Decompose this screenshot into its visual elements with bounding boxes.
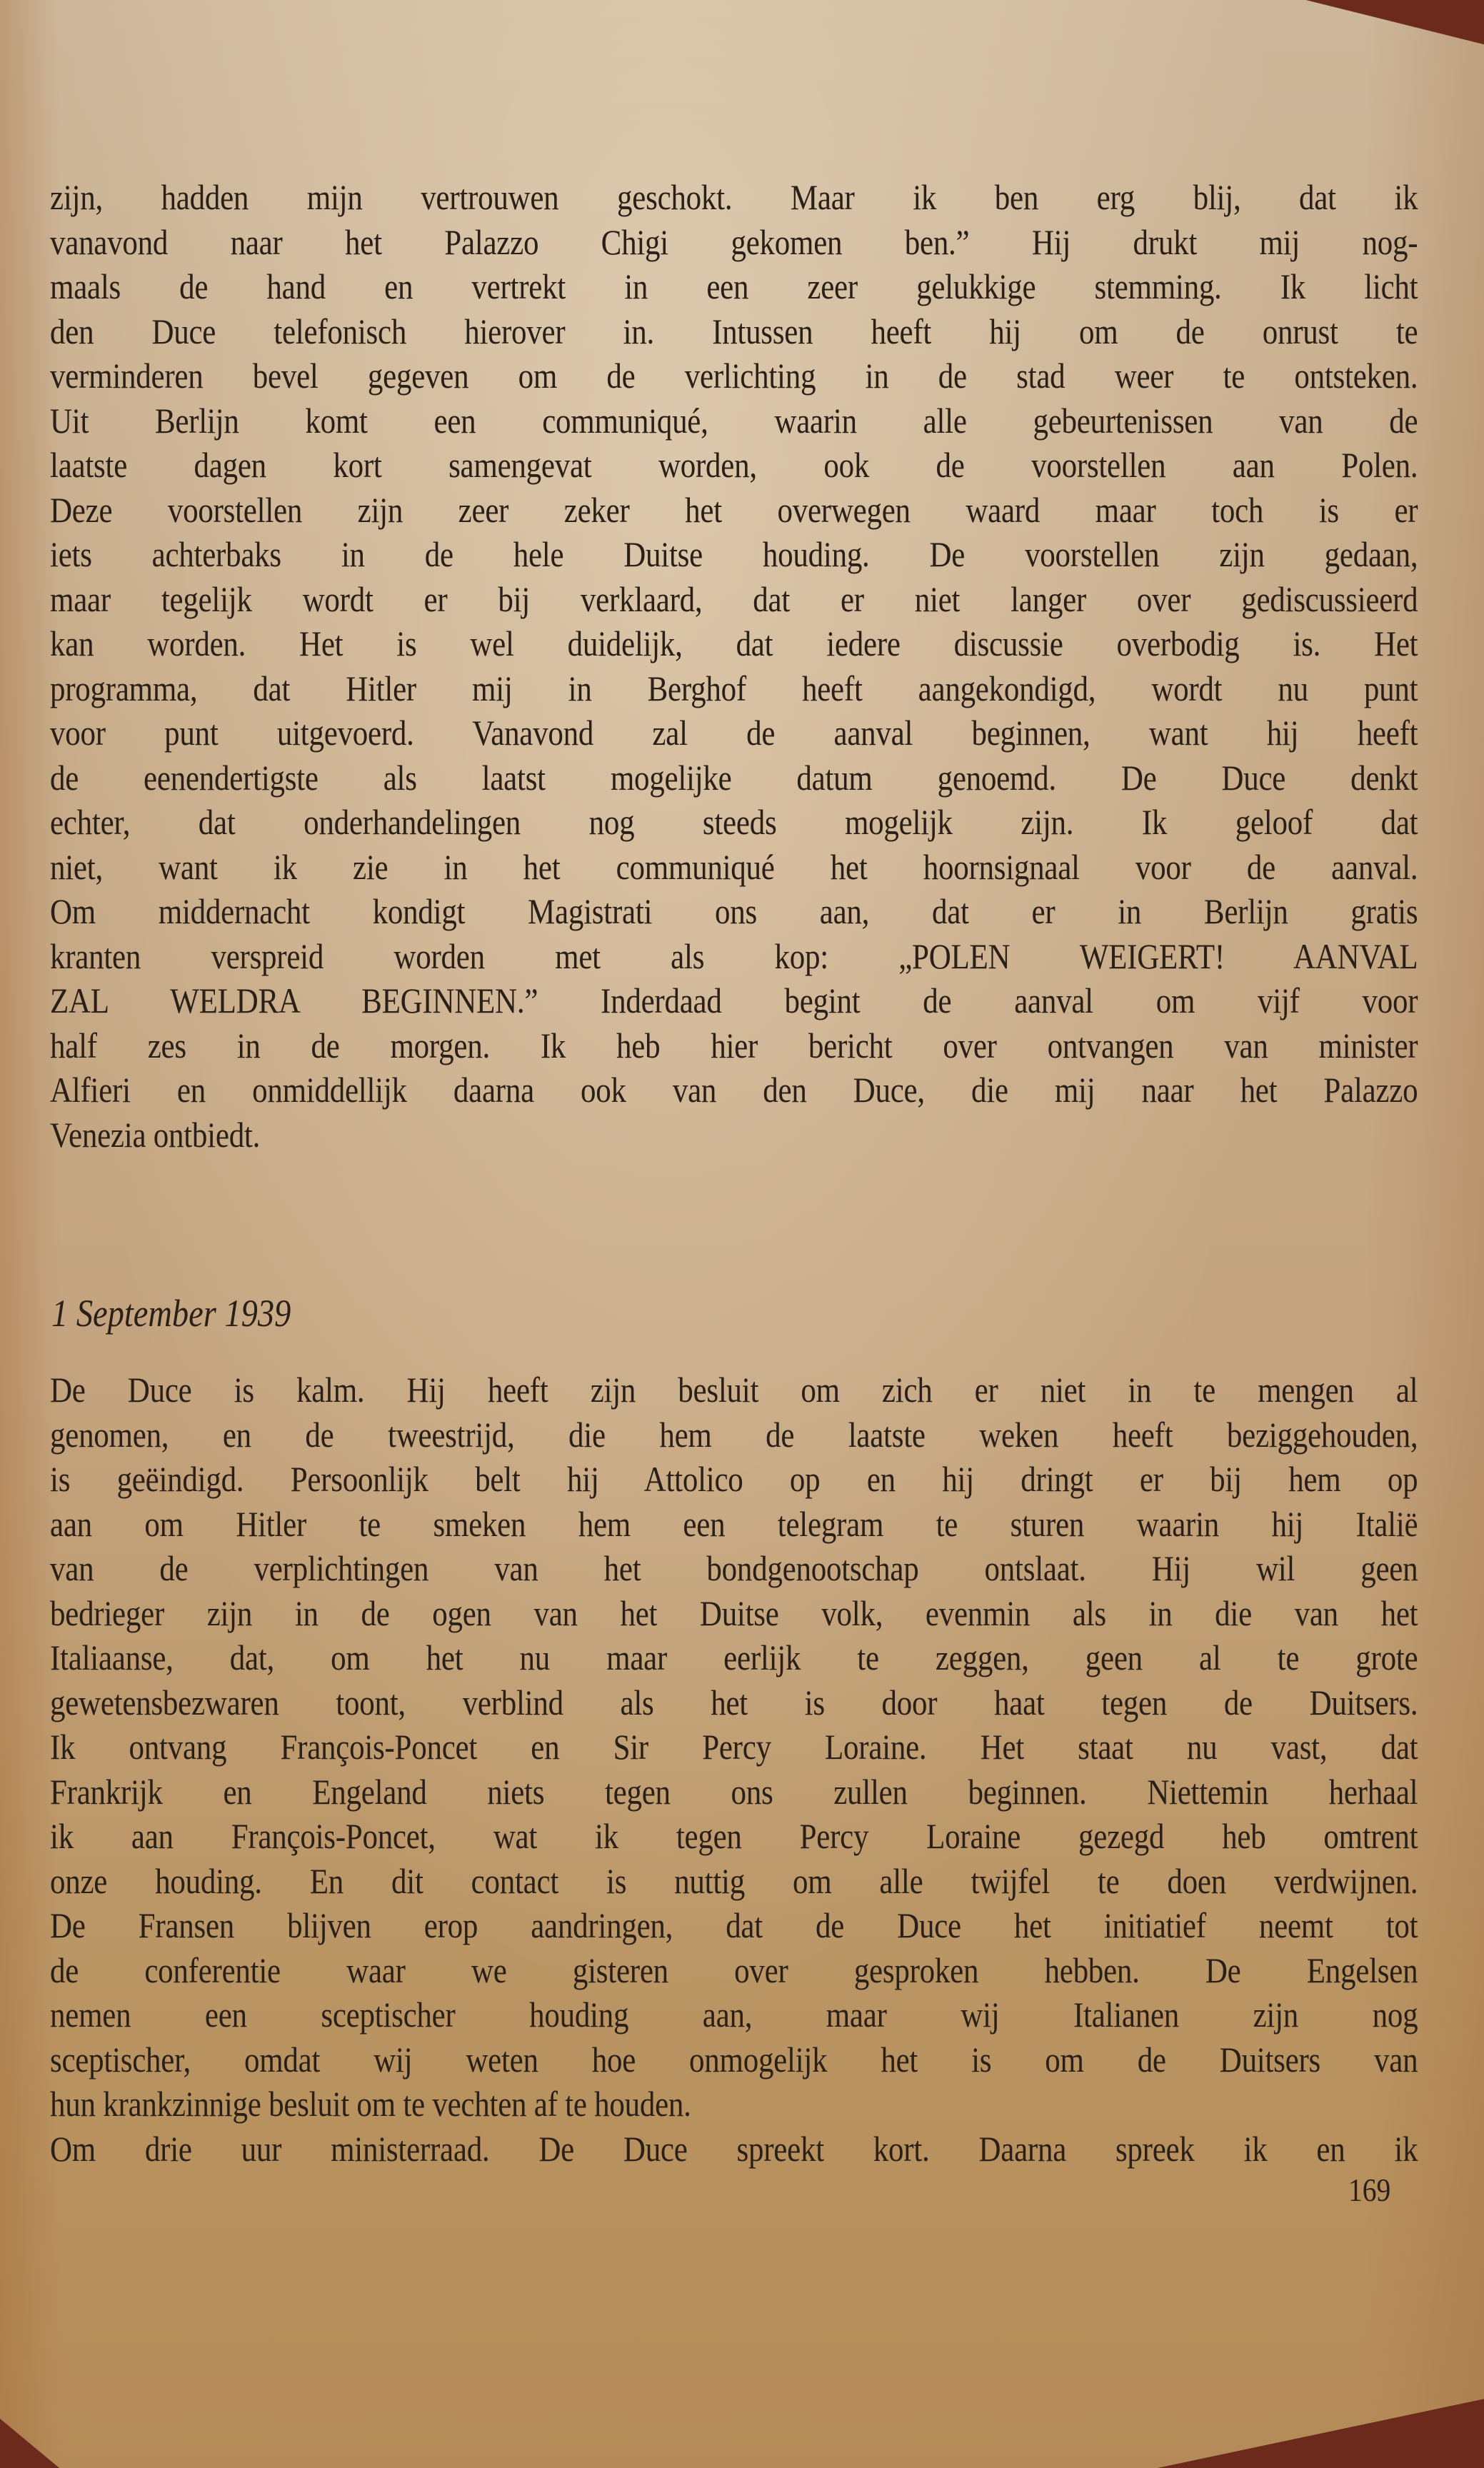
text-line: kranten verspreid worden met als kop: „P… — [50, 934, 1418, 979]
text-line: programma, dat Hitler mij in Berghof hee… — [50, 666, 1418, 711]
text-line: echter, dat onderhandelingen nog steeds … — [50, 800, 1418, 845]
text-line: verminderen bevel gegeven om de verlicht… — [50, 353, 1418, 398]
text-line: onze houding. En dit contact is nuttig o… — [50, 1859, 1418, 1904]
text-line: genomen, en de tweestrijd, die hem de la… — [50, 1413, 1418, 1458]
text-line: zijn, hadden mijn vertrouwen geschokt. M… — [50, 175, 1418, 220]
text-line: Alfieri en onmiddellijk daarna ook van d… — [50, 1068, 1418, 1113]
text-line: Venezia ontbiedt. — [50, 1113, 1418, 1158]
text-line: de eenendertigste als laatst mogelijke d… — [50, 756, 1418, 801]
text-line: gewetensbezwaren toont, verblind als het… — [50, 1680, 1418, 1725]
text-line: van de verplichtingen van het bondgenoot… — [50, 1546, 1418, 1591]
text-line: ZAL WELDRA BEGINNEN.” Inderdaad begint d… — [50, 978, 1418, 1023]
text-line: iets achterbaks in de hele Duitse houdin… — [50, 532, 1418, 577]
text-line: Om drie uur ministerraad. De Duce spreek… — [50, 2127, 1418, 2172]
page-number: 169 — [1348, 2171, 1390, 2209]
text-line: Uit Berlijn komt een communiqué, waarin … — [50, 398, 1418, 443]
text-line: niet, want ik zie in het communiqué het … — [50, 845, 1418, 890]
diary-date-heading: 1 September 1939 — [51, 1291, 291, 1335]
text-line: de conferentie waar we gisteren over ges… — [50, 1948, 1418, 1993]
diary-entry: De Duce is kalm. Hij heeft zijn besluit … — [50, 1368, 1418, 2171]
text-line: De Duce is kalm. Hij heeft zijn besluit … — [50, 1368, 1418, 1413]
text-line: laatste dagen kort samengevat worden, oo… — [50, 443, 1418, 488]
text-line: De Fransen blijven erop aandringen, dat … — [50, 1903, 1418, 1948]
text-line: maals de hand en vertrekt in een zeer ge… — [50, 264, 1418, 309]
text-line: den Duce telefonisch hierover in. Intuss… — [50, 309, 1418, 354]
text-line: maar tegelijk wordt er bij verklaard, da… — [50, 577, 1418, 622]
text-line: Deze voorstellen zijn zeer zeker het ove… — [50, 488, 1418, 533]
text-line: voor punt uitgevoerd. Vanavond zal de aa… — [50, 711, 1418, 756]
text-line: hun krankzinnige besluit om te vechten a… — [50, 2082, 1418, 2127]
text-line: kan worden. Het is wel duidelijk, dat ie… — [50, 621, 1418, 666]
text-line: Italiaanse, dat, om het nu maar eerlijk … — [50, 1635, 1418, 1680]
text-line: aan om Hitler te smeken hem een telegram… — [50, 1502, 1418, 1547]
text-line: nemen een sceptischer houding aan, maar … — [50, 1992, 1418, 2037]
book-page: zijn, hadden mijn vertrouwen geschokt. M… — [0, 0, 1484, 2468]
text-line: ik aan François-Poncet, wat ik tegen Per… — [50, 1814, 1418, 1859]
text-line: Frankrijk en Engeland niets tegen ons zu… — [50, 1770, 1418, 1815]
text-line: vanavond naar het Palazzo Chigi gekomen … — [50, 220, 1418, 265]
diary-entry-continued: zijn, hadden mijn vertrouwen geschokt. M… — [50, 175, 1418, 1157]
text-line: bedrieger zijn in de ogen van het Duitse… — [50, 1591, 1418, 1636]
text-line: Om middernacht kondigt Magistrati ons aa… — [50, 889, 1418, 934]
text-line: half zes in de morgen. Ik heb hier beric… — [50, 1023, 1418, 1068]
text-line: is geëindigd. Persoonlijk belt hij Attol… — [50, 1457, 1418, 1502]
text-line: sceptischer, omdat wij weten hoe onmogel… — [50, 2037, 1418, 2082]
text-line: Ik ontvang François-Poncet en Sir Percy … — [50, 1725, 1418, 1770]
